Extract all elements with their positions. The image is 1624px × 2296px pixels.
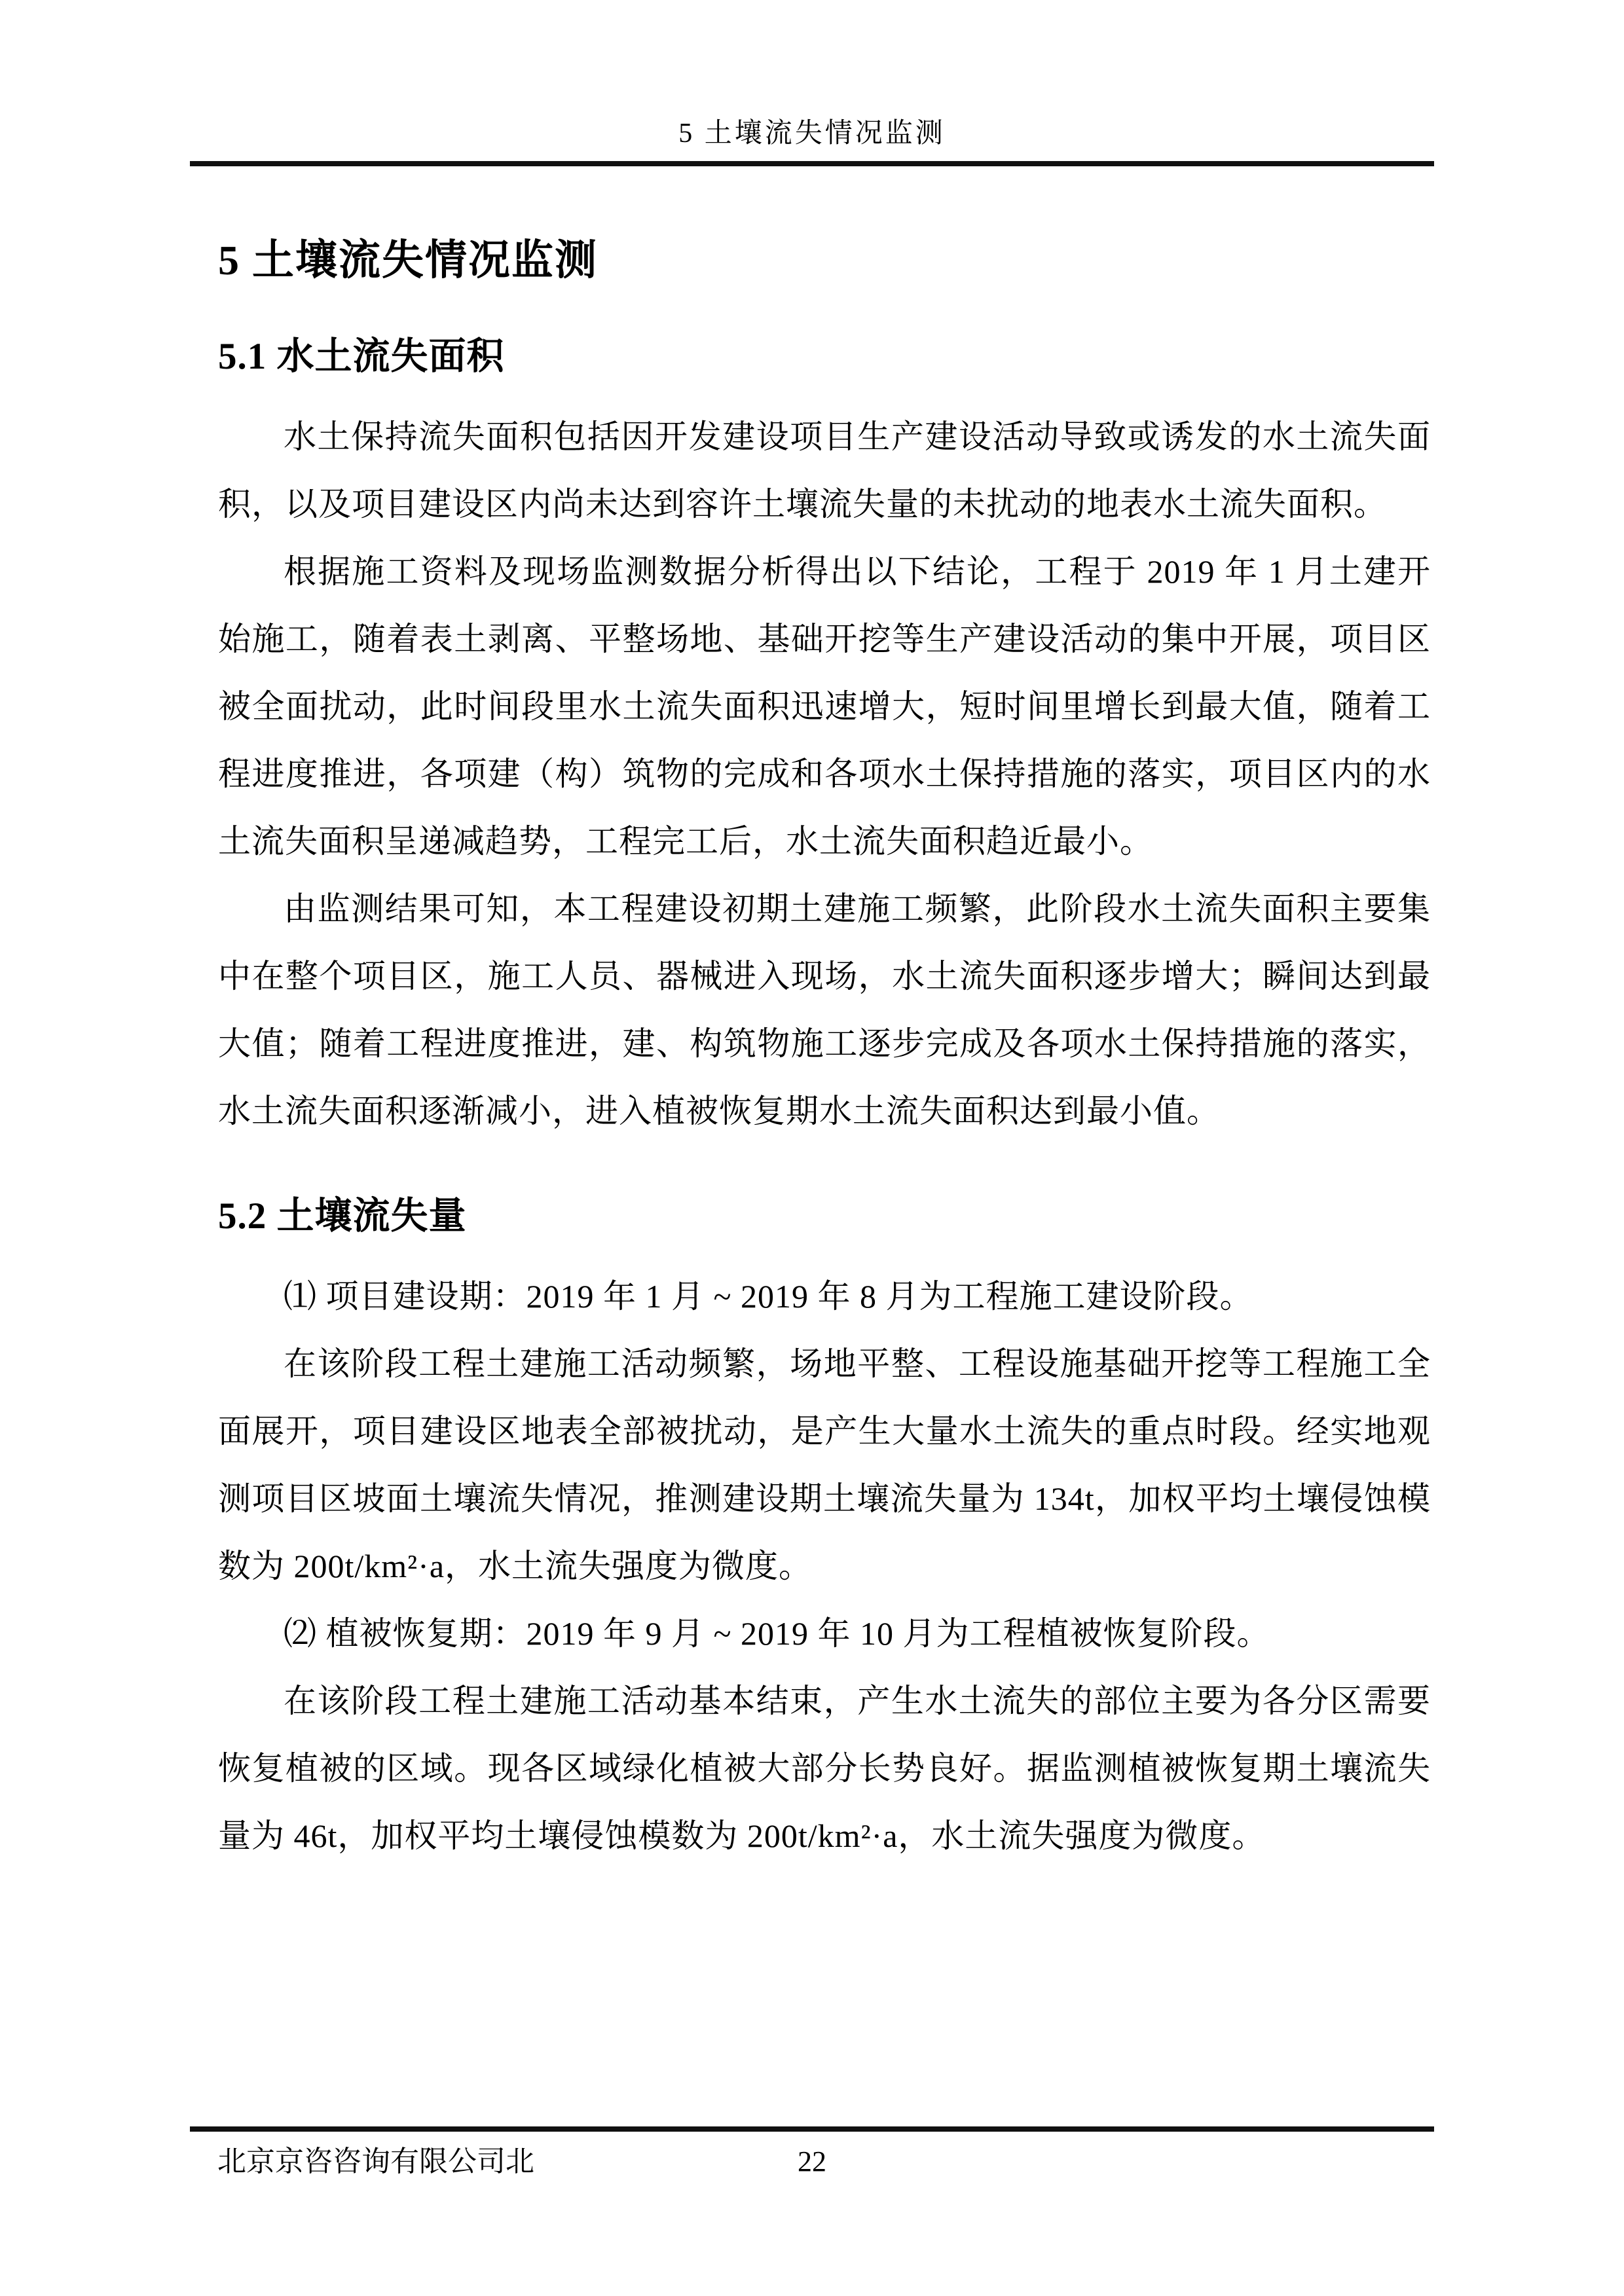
section-5-2-paragraph-3: ⑵ 植被恢复期：2019 年 9 月 ~ 2019 年 10 月为工程植被恢复阶… xyxy=(218,1600,1431,1667)
section-5-2-paragraph-1: ⑴ 项目建设期：2019 年 1 月 ~ 2019 年 8 月为工程施工建设阶段… xyxy=(218,1263,1431,1330)
section-5-1: 5.1 水土流失面积 水土保持流失面积包括因开发建设项目生产建设活动导致或诱发的… xyxy=(218,334,1431,1145)
section-5-2-heading: 5.2 土壤流失量 xyxy=(218,1194,1431,1239)
running-header-title: 5 土壤流失情况监测 xyxy=(190,117,1434,151)
document-page: 5 土壤流失情况监测 5 土壤流失情况监测 5.1 水土流失面积 水土保持流失面… xyxy=(0,0,1624,2296)
section-5-1-paragraph-1: 水土保持流失面积包括因开发建设项目生产建设活动导致或诱发的水土流失面积，以及项目… xyxy=(218,403,1431,538)
chapter-title: 5 土壤流失情况监测 xyxy=(218,236,1431,285)
section-5-1-paragraph-2: 根据施工资料及现场监测数据分析得出以下结论，工程于 2019 年 1 月土建开始… xyxy=(218,538,1431,875)
page-content: 5 土壤流失情况监测 5.1 水土流失面积 水土保持流失面积包括因开发建设项目生… xyxy=(218,178,1431,1870)
footer-company-name: 北京京咨咨询有限公司北 xyxy=(217,2143,534,2180)
section-5-1-paragraph-3: 由监测结果可知，本工程建设初期土建施工频繁，此阶段水土流失面积主要集中在整个项目… xyxy=(218,875,1431,1145)
section-5-2: 5.2 土壤流失量 ⑴ 项目建设期：2019 年 1 月 ~ 2019 年 8 … xyxy=(218,1194,1431,1870)
section-5-1-heading: 5.1 水土流失面积 xyxy=(218,334,1431,380)
section-5-2-paragraph-2: 在该阶段工程土建施工活动频繁，场地平整、工程设施基础开挖等工程施工全面展开，项目… xyxy=(218,1330,1431,1600)
section-5-2-paragraph-4: 在该阶段工程土建施工活动基本结束，产生水土流失的部位主要为各分区需要恢复植被的区… xyxy=(218,1667,1431,1870)
page-footer: 北京京咨咨询有限公司北 22 xyxy=(190,2126,1434,2180)
page-header: 5 土壤流失情况监测 xyxy=(190,0,1434,166)
